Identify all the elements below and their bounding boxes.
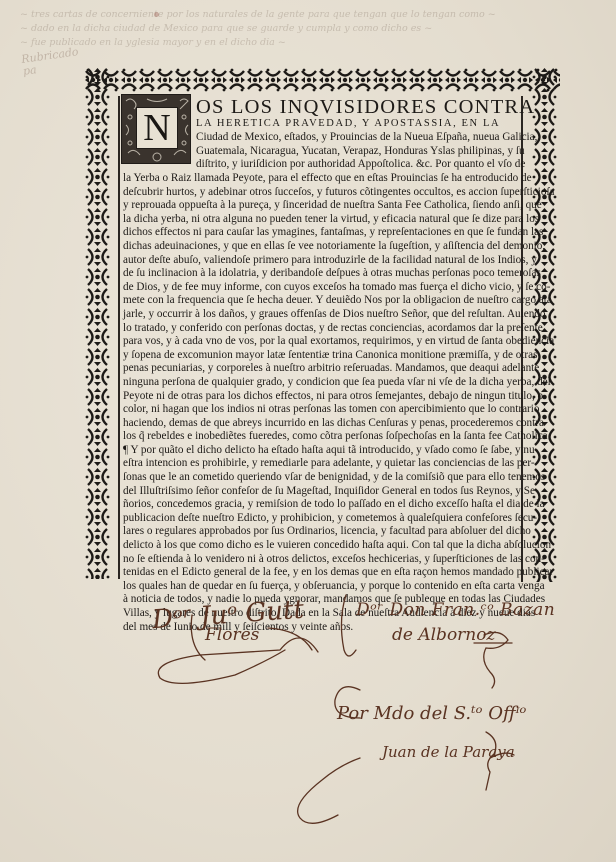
faint-line: ~ dado en la dicha ciudad de Mexico para…	[20, 22, 580, 36]
edict-heading: OS LOS INQVISIDORES CONTRA	[196, 96, 518, 118]
text-line: los q̃ rebeldes e inobediẽtes fueredes, …	[123, 430, 519, 444]
paper-stain	[154, 12, 159, 17]
edict-subheading: LA HERETICA PRAVEDAD, Y APOSTASSIA, EN L…	[196, 117, 518, 130]
text-line: dichas adeuinaciones, y que en ellas ſe …	[123, 240, 519, 254]
signature-secretary-line1: Por Mdo del S.ᵗᵒ Offᶦᵒ	[337, 703, 526, 724]
frame-rule-left	[118, 96, 120, 579]
text-line: haciendo, demas de que abreys incurrido …	[123, 417, 519, 431]
decorated-initial-block: N	[121, 94, 191, 164]
text-line: jarle, y occurrir à los daños, y graues …	[123, 308, 519, 322]
text-line: la dicha yerba, ni otra alguna no pueden…	[123, 213, 519, 227]
text-line: Ciudad de Mexico, eſtados, y Prouincias …	[196, 131, 518, 145]
faint-manuscript-bleedthrough: ~ tres cartas de concerniente por los na…	[20, 8, 580, 50]
signature-secretary-line2: Juan de la Paraya	[382, 743, 515, 761]
text-line: y reprouada oppueſta à la pureça, y ſinc…	[123, 199, 519, 213]
text-line: lares o regulares approbados por ſus Ord…	[123, 525, 519, 539]
faint-line: ~ fue publicado en la yglesia mayor y en…	[20, 36, 580, 50]
text-line: diſtrito, y iuriſdicion por authoridad A…	[196, 158, 518, 172]
text-line: del Illuſtriſsimo ſeñor confeſor de ſu M…	[123, 485, 519, 499]
text-line: penas pecuniarias, y corporeles à nueſtr…	[123, 362, 519, 376]
text-line: para vos, y à cada vno de vos, por la qu…	[123, 335, 519, 349]
faint-line: ~ tres cartas de concerniente por los na…	[20, 8, 580, 22]
text-line: la Yerba o Raiz llamada Peyote, para el …	[123, 172, 519, 186]
text-line: lo tratado, y conferido con perſonas doc…	[123, 322, 519, 336]
text-line: los quales han de quedar en ſu fuerça, y…	[123, 580, 519, 594]
ornamental-border-top	[84, 67, 560, 93]
edict-intro-lines: Ciudad de Mexico, eſtados, y Prouincias …	[196, 131, 518, 172]
text-line: ñorios, concedemos gracia, y remiſsion d…	[123, 498, 519, 512]
text-line: ninguna perſona de qualquier grado, y co…	[123, 376, 519, 390]
text-line: eſtra intencion es prohibirle, y remedia…	[123, 457, 519, 471]
text-line: no ſe eſtienda à lo venidero ni à otros …	[123, 553, 519, 567]
text-line: mete con la frequencia que ſe hecha deue…	[123, 294, 519, 308]
signature-right-line2: de Albornoz	[392, 625, 495, 645]
text-line: ¶ Y por quãto el dicho delicto ha eſtado…	[123, 444, 519, 458]
text-line: color, ni hagan que los indios ni otras …	[123, 403, 519, 417]
text-line: dichos effectos ni para cauſar las ymagi…	[123, 226, 519, 240]
text-line: deſcubrir hurtos, y adebinar otros ſucce…	[123, 186, 519, 200]
text-line: ſonas que le an cometido queriendo vſar …	[123, 471, 519, 485]
text-line: autor deſte abuſo, valiendoſe primero pa…	[123, 254, 519, 268]
text-line: y ſopena de excomunion mayor latæ ſenten…	[123, 349, 519, 363]
faint-margin-note: Rubricado pa	[21, 46, 81, 78]
edict-body-text: la Yerba o Raiz llamada Peyote, para el …	[123, 172, 519, 634]
text-line: Peyote ni de otras para los dichos effec…	[123, 390, 519, 404]
text-line: publicacion deſte nueſtro Edicto, y proh…	[123, 512, 519, 526]
initial-letter: N	[136, 107, 178, 149]
text-line: Guatemala, Nicaragua, Yucatan, Verapaz, …	[196, 145, 518, 159]
text-line: delicto à los que como dicho es le vuier…	[123, 539, 519, 553]
text-line: tenidas en el Edicto general de la fee, …	[123, 566, 519, 580]
ornamental-border-left	[84, 67, 111, 579]
text-line: de Dios, y de fee muy informe, con cuyos…	[123, 281, 519, 295]
text-line: de ſu inclinacion à la idolatria, y deri…	[123, 267, 519, 281]
signature-left-line2: Flores	[205, 625, 259, 645]
signature-right-line1: Dᵒʳ Don Fran.ᶜᵒ Bazan	[356, 600, 555, 620]
